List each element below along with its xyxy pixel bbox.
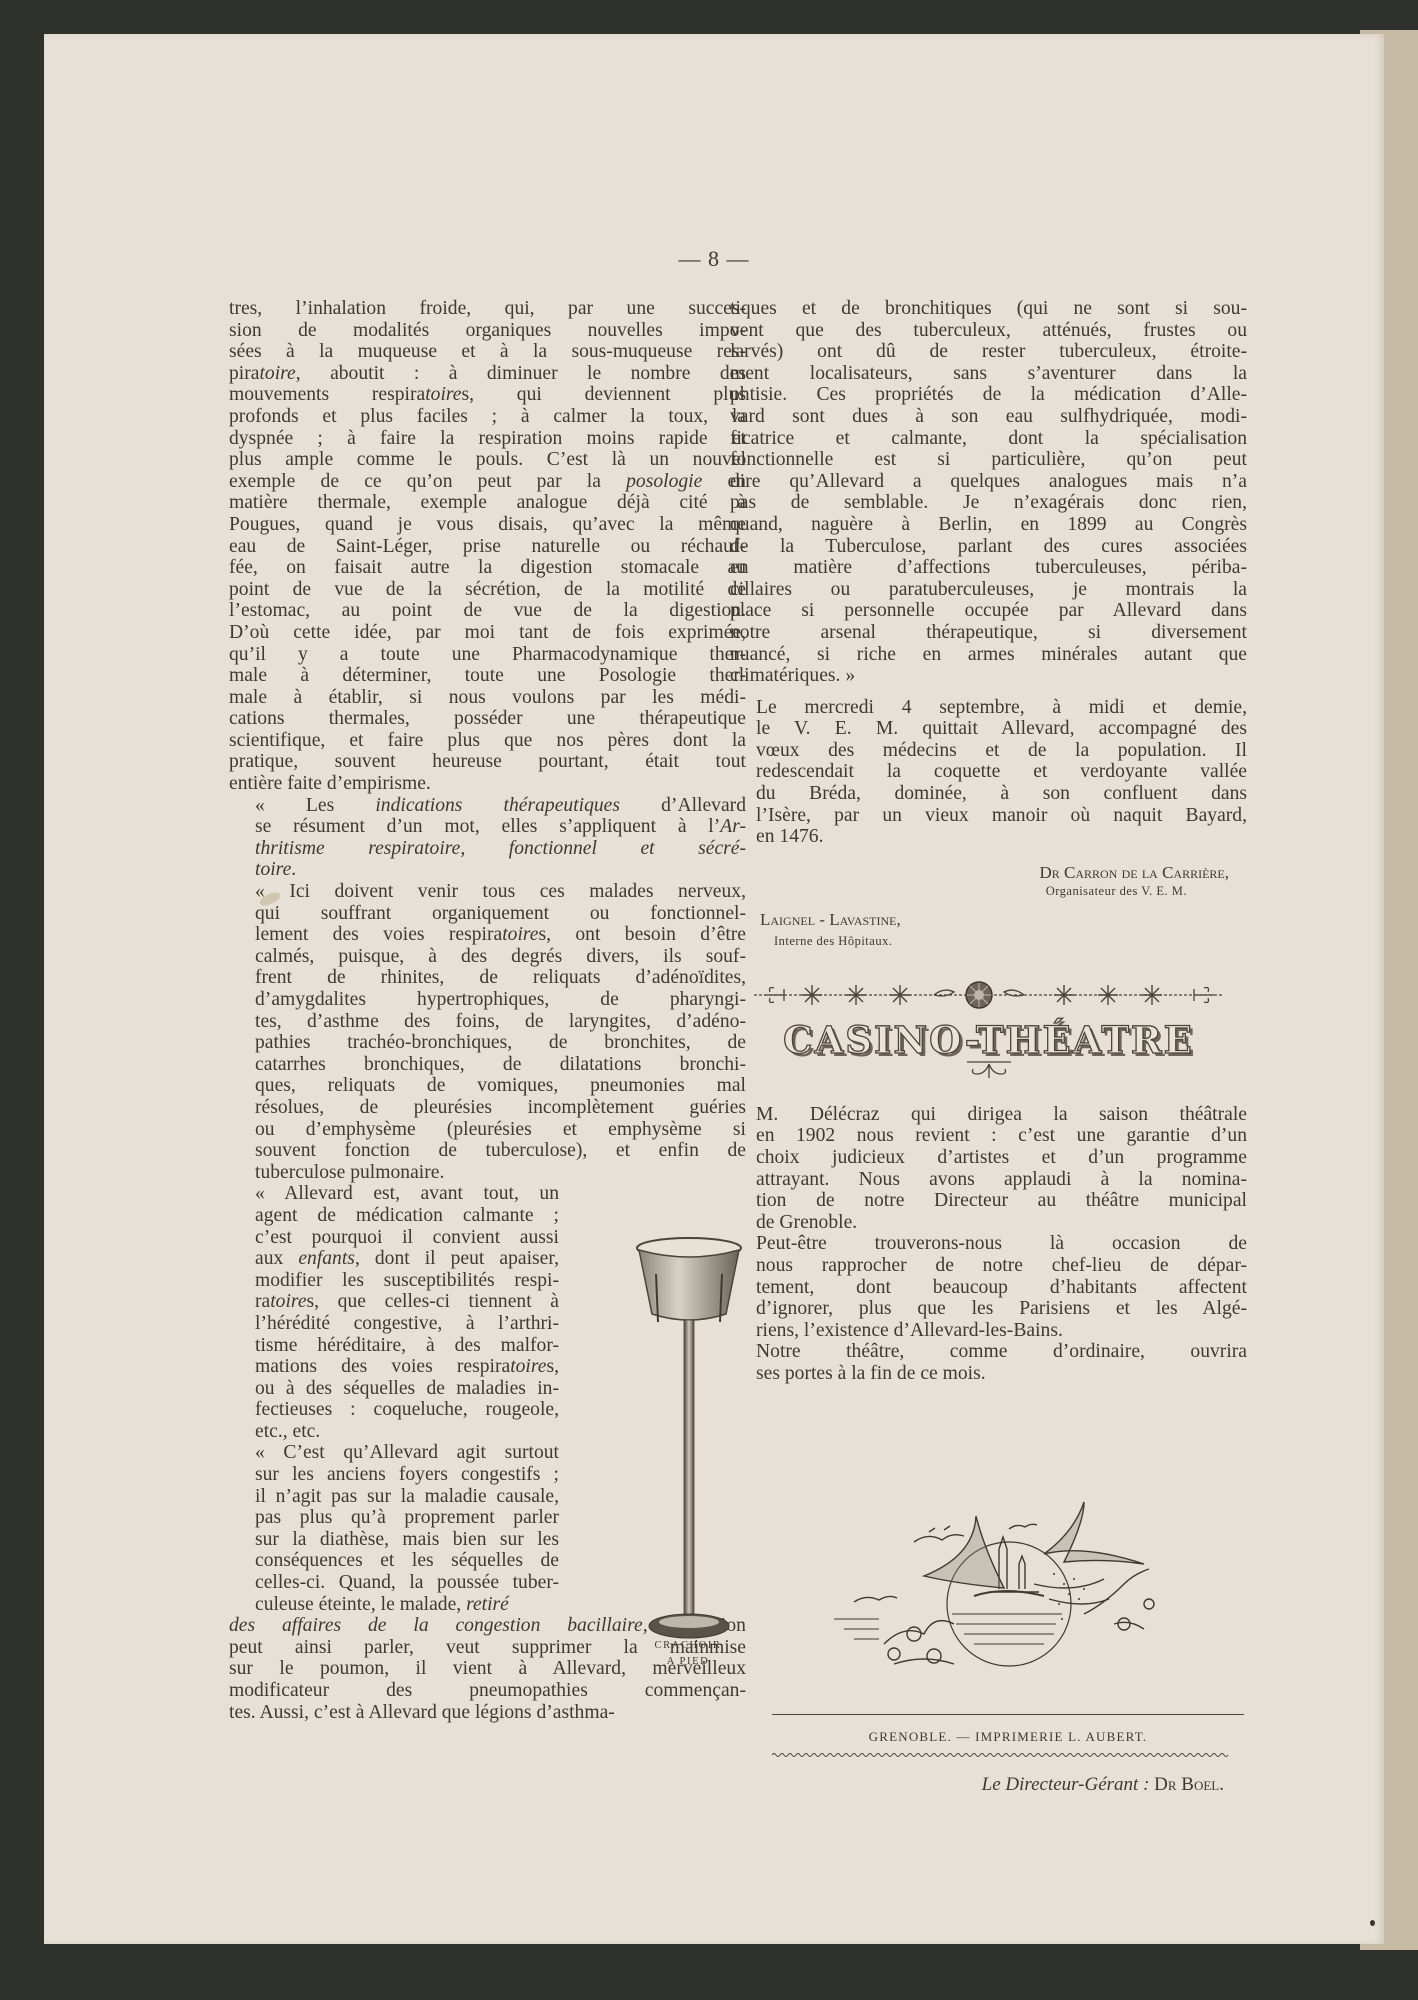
text-line: nous rapprocher de notre chef-lieu de dé… <box>730 1255 1247 1277</box>
text-line: sur les anciens foyers congestifs ; <box>229 1464 559 1486</box>
text-line: « Allevard est, avant tout, un <box>229 1183 559 1205</box>
text-line: du Bréda, dominée, à son confluent dans <box>730 783 1247 805</box>
text-line: piratoire, aboutit : à diminuer le nombr… <box>229 363 746 385</box>
text-line: de Grenoble. <box>730 1212 1247 1234</box>
text-line: dyspnée ; à faire la respiration moins r… <box>229 428 746 450</box>
text-line: frent de rhinites, de reliquats d’adénoï… <box>229 967 746 989</box>
text-line: tion de notre Directeur au théâtre munic… <box>730 1190 1247 1212</box>
right-column: tiques et de bronchitiques (qui ne sont … <box>730 298 1247 1385</box>
text-line: redescendait la coquette et verdoyante v… <box>730 761 1247 783</box>
signature-role: Organisateur des V. E. M. <box>730 881 1247 903</box>
text-line: cillaires ou paratuberculeuses, je montr… <box>730 579 1247 601</box>
text-line: male à établir, si nous voulons par les … <box>229 687 746 709</box>
text-line: D’où cette idée, par moi tant de fois ex… <box>229 622 746 644</box>
text-line: exemple de ce qu’on peut par la posologi… <box>229 471 746 493</box>
text-line: ficatrice et calmante, dont la spécialis… <box>730 428 1247 450</box>
text-line: l’hérédité congestive, à l’arthri- <box>229 1313 559 1335</box>
text-line: choix judicieux d’artistes et d’un progr… <box>730 1147 1247 1169</box>
text-line: tuberculose pulmonaire. <box>229 1162 746 1184</box>
text-line: agent de médication calmante ; <box>229 1205 559 1227</box>
text-line: en 1902 nous revient : c’est une garanti… <box>730 1125 1247 1147</box>
text-line: culeuse éteinte, le malade, retiré <box>229 1594 559 1616</box>
text-line: ou d’emphysème (pleurésies et emphysème … <box>229 1119 746 1141</box>
paragraph: « C’est qu’Allevard agit surtoutsur les … <box>229 1442 559 1615</box>
text-line: M. Délécraz qui dirigea la saison théâtr… <box>730 1104 1247 1126</box>
text-line: se résument d’un mot, elles s’appliquent… <box>229 816 746 838</box>
signature-block: Dr Carron de la Carrière, Organisateur d… <box>730 862 1247 952</box>
text-line: tes. Aussi, c’est à Allevard que légions… <box>229 1702 746 1724</box>
paper-speck <box>1370 1920 1375 1926</box>
paragraph: Peut-être trouverons-nous là occasion de… <box>730 1233 1247 1341</box>
text-line: « Les indications thérapeutiques d’Allev… <box>229 795 746 817</box>
text-line: vœux des médecins et de la population. I… <box>730 740 1247 762</box>
paragraph: « Les indications thérapeutiques d’Allev… <box>229 795 746 881</box>
imprint: GRENOBLE. — IMPRIMERIE L. AUBERT. <box>772 1729 1244 1745</box>
text-line: catarrhes bronchiques, de dilatations br… <box>229 1054 746 1076</box>
swallows-vignette-icon <box>834 1484 1194 1684</box>
text-line: souvent fonction de tuberculose), et enf… <box>229 1140 746 1162</box>
text-line: tiques et de bronchitiques (qui ne sont … <box>730 298 1247 320</box>
paragraph: M. Délécraz qui dirigea la saison théâtr… <box>730 1104 1247 1234</box>
ornamental-divider-icon <box>730 980 1247 1010</box>
paragraph: « Allevard est, avant tout, unagent de m… <box>229 1183 559 1442</box>
text-line: matière thermale, exemple analogue déjà … <box>229 492 746 514</box>
text-line: ses portes à la fin de ce mois. <box>730 1363 1247 1385</box>
text-line: pratique, souvent heureuse pourtant, éta… <box>229 751 746 773</box>
text-line: en 1476. <box>730 826 1247 848</box>
text-line: dire qu’Allevard a quelques analogues ma… <box>730 471 1247 493</box>
text-line: conséquences et les séquelles de <box>229 1550 559 1572</box>
director-credit: Le Directeur-Gérant : Dr Boel. <box>772 1774 1244 1796</box>
illustration-caption: CRACHOIR A PIED <box>618 1638 758 1670</box>
text-line: ment localisateurs, sans s’aventurer dan… <box>730 363 1247 385</box>
text-line: mouvements respiratoires, qui deviennent… <box>229 384 746 406</box>
text-line: lement des voies respiratoires, ont beso… <box>229 924 746 946</box>
text-line: plus ample comme le pouls. C’est là un n… <box>229 449 746 471</box>
text-line: place si personnelle occupée par Allevar… <box>730 600 1247 622</box>
text-line: point de vue de la sécrétion, de la moti… <box>229 579 746 601</box>
paragraph: Le mercredi 4 septembre, à midi et demie… <box>730 697 1247 848</box>
text-line: le V. E. M. quittait Allevard, accompagn… <box>730 718 1247 740</box>
text-line: calmés, puisque, à des degrés divers, il… <box>229 946 746 968</box>
text-line: sées à la muqueuse et à la sous-muqueuse… <box>229 341 746 363</box>
text-line: tres, l’inhalation froide, qui, par une … <box>229 298 746 320</box>
text-line: scientifique, et faire plus que nos père… <box>229 730 746 752</box>
text-wrap-beside-illustration: « Allevard est, avant tout, unagent de m… <box>229 1183 559 1615</box>
text-line: qui souffrant organiquement ou fonctionn… <box>229 903 746 925</box>
paragraph: tres, l’inhalation froide, qui, par une … <box>229 298 746 795</box>
paragraph: tiques et de bronchitiques (qui ne sont … <box>730 298 1247 687</box>
text-line: l’estomac, au point de vue de la digesti… <box>229 600 746 622</box>
signature-name: Dr Carron de la Carrière, <box>730 862 1247 884</box>
text-line: pas plus qu’à proprement parler <box>229 1507 559 1529</box>
text-line: nuancé, si riche en armes minérales auta… <box>730 644 1247 666</box>
text-line: Peut-être trouverons-nous là occasion de <box>730 1233 1247 1255</box>
text-line: pas de semblable. Je n’exagérais donc ri… <box>730 492 1247 514</box>
text-line: modificateur des pneumopathies commençan… <box>229 1680 746 1702</box>
text-line: de la Tuberculose, parlant des cures ass… <box>730 536 1247 558</box>
signature-name: Laignel - Lavastine, <box>730 909 1247 931</box>
text-line: ou à des séquelles de maladies in- <box>229 1378 559 1400</box>
text-line: tes, d’asthme des foins, de laryngites, … <box>229 1011 746 1033</box>
wavy-divider-icon <box>772 1751 1244 1759</box>
director-name: Dr Boel. <box>1154 1774 1224 1795</box>
text-line: il n’agit pas sur la maladie causale, <box>229 1486 559 1508</box>
text-line: larvés) ont dû de rester tuberculeux, ét… <box>730 341 1247 363</box>
text-line: Pougues, quand je vous disais, qu’avec l… <box>229 514 746 536</box>
flourish-ornament-icon <box>730 1060 1247 1082</box>
text-line: phtisie. Ces propriétés de la médication… <box>730 384 1247 406</box>
page-number: — 8 — <box>44 246 1384 272</box>
text-line: tisme héréditaire, à des malfor- <box>229 1335 559 1357</box>
paragraph: Notre théâtre, comme d’ordinaire, ouvrir… <box>730 1341 1247 1384</box>
text-line: l’Isère, par un vieux manoir où naquit B… <box>730 805 1247 827</box>
text-line: d’amygdalites hypertrophiques, de pharyn… <box>229 989 746 1011</box>
text-line: Notre théâtre, comme d’ordinaire, ouvrir… <box>730 1341 1247 1363</box>
text-line: aux enfants, dont il peut apaiser, <box>229 1248 559 1270</box>
text-line: modifier les susceptibilités respi- <box>229 1270 559 1292</box>
text-line: cations thermales, posséder une thérapeu… <box>229 708 746 730</box>
director-label: Le Directeur-Gérant : <box>982 1774 1150 1795</box>
text-line: mations des voies respiratoires, <box>229 1356 559 1378</box>
text-line: celles-ci. Quand, la poussée tuber- <box>229 1572 559 1594</box>
text-line: ratoires, que celles-ci tiennent à <box>229 1291 559 1313</box>
caption-line: CRACHOIR <box>618 1638 758 1654</box>
text-line: sur la diathèse, mais bien sur les <box>229 1529 559 1551</box>
paragraph: « Ici doivent venir tous ces malades ner… <box>229 881 746 1183</box>
text-line: male à déterminer, toute une Posologie t… <box>229 665 746 687</box>
text-line: pathies trachéo-bronchiques, de bronchit… <box>229 1032 746 1054</box>
text-line: « Ici doivent venir tous ces malades ner… <box>229 881 746 903</box>
text-line: d’ignorer, plus que les Parisiens et les… <box>730 1298 1247 1320</box>
text-line: en matière d’affections tuberculeuses, p… <box>730 557 1247 579</box>
colophon: GRENOBLE. — IMPRIMERIE L. AUBERT. Le Dir… <box>772 1714 1244 1796</box>
text-line: entière faite d’empirisme. <box>229 773 746 795</box>
text-line: sion de modalités organiques nouvelles i… <box>229 320 746 342</box>
text-line: « C’est qu’Allevard agit surtout <box>229 1442 559 1464</box>
section-title: CASINO-THÉATRE <box>730 1030 1247 1052</box>
text-line: etc., etc. <box>229 1421 559 1443</box>
text-line: riens, l’existence d’Allevard-les-Bains. <box>730 1320 1247 1342</box>
text-line: vent que des tuberculeux, atténués, frus… <box>730 320 1247 342</box>
text-line: notre arsenal thérapeutique, si diversem… <box>730 622 1247 644</box>
text-line: attrayant. Nous avons applaudi à la nomi… <box>730 1169 1247 1191</box>
divider-rule <box>772 1714 1244 1715</box>
text-line: thritisme respiratoire, fonctionnel et s… <box>229 838 746 860</box>
text-line: eau de Saint-Léger, prise naturelle ou r… <box>229 536 746 558</box>
text-line: Le mercredi 4 septembre, à midi et demie… <box>730 697 1247 719</box>
caption-line: A PIED <box>618 1654 758 1670</box>
document-page: — 8 — tres, l’inhalation froide, qui, pa… <box>44 34 1384 1944</box>
text-line: profonds et plus faciles ; à calmer la t… <box>229 406 746 428</box>
text-line: toire. <box>229 859 746 881</box>
signature-role: Interne des Hôpitaux. <box>730 931 1247 953</box>
text-line: fée, on faisait autre la digestion stoma… <box>229 557 746 579</box>
text-line: fectieuses : coqueluche, rougeole, <box>229 1399 559 1421</box>
text-line: qu’il y a toute une Pharmacodynamique th… <box>229 644 746 666</box>
text-line: quand, naguère à Berlin, en 1899 au Cong… <box>730 514 1247 536</box>
text-line: vard sont dues à son eau sulfhydriquée, … <box>730 406 1247 428</box>
text-line: tement, dont beaucoup d’habitants affect… <box>730 1277 1247 1299</box>
text-line: résolues, de pleurésies incomplètement g… <box>229 1097 746 1119</box>
text-line: c’est pourquoi il convient aussi <box>229 1227 559 1249</box>
text-line: ques, reliquats de vomiques, pneumonies … <box>229 1075 746 1097</box>
text-line: climatériques. » <box>730 665 1247 687</box>
text-line: fonctionnelle est si particulière, qu’on… <box>730 449 1247 471</box>
